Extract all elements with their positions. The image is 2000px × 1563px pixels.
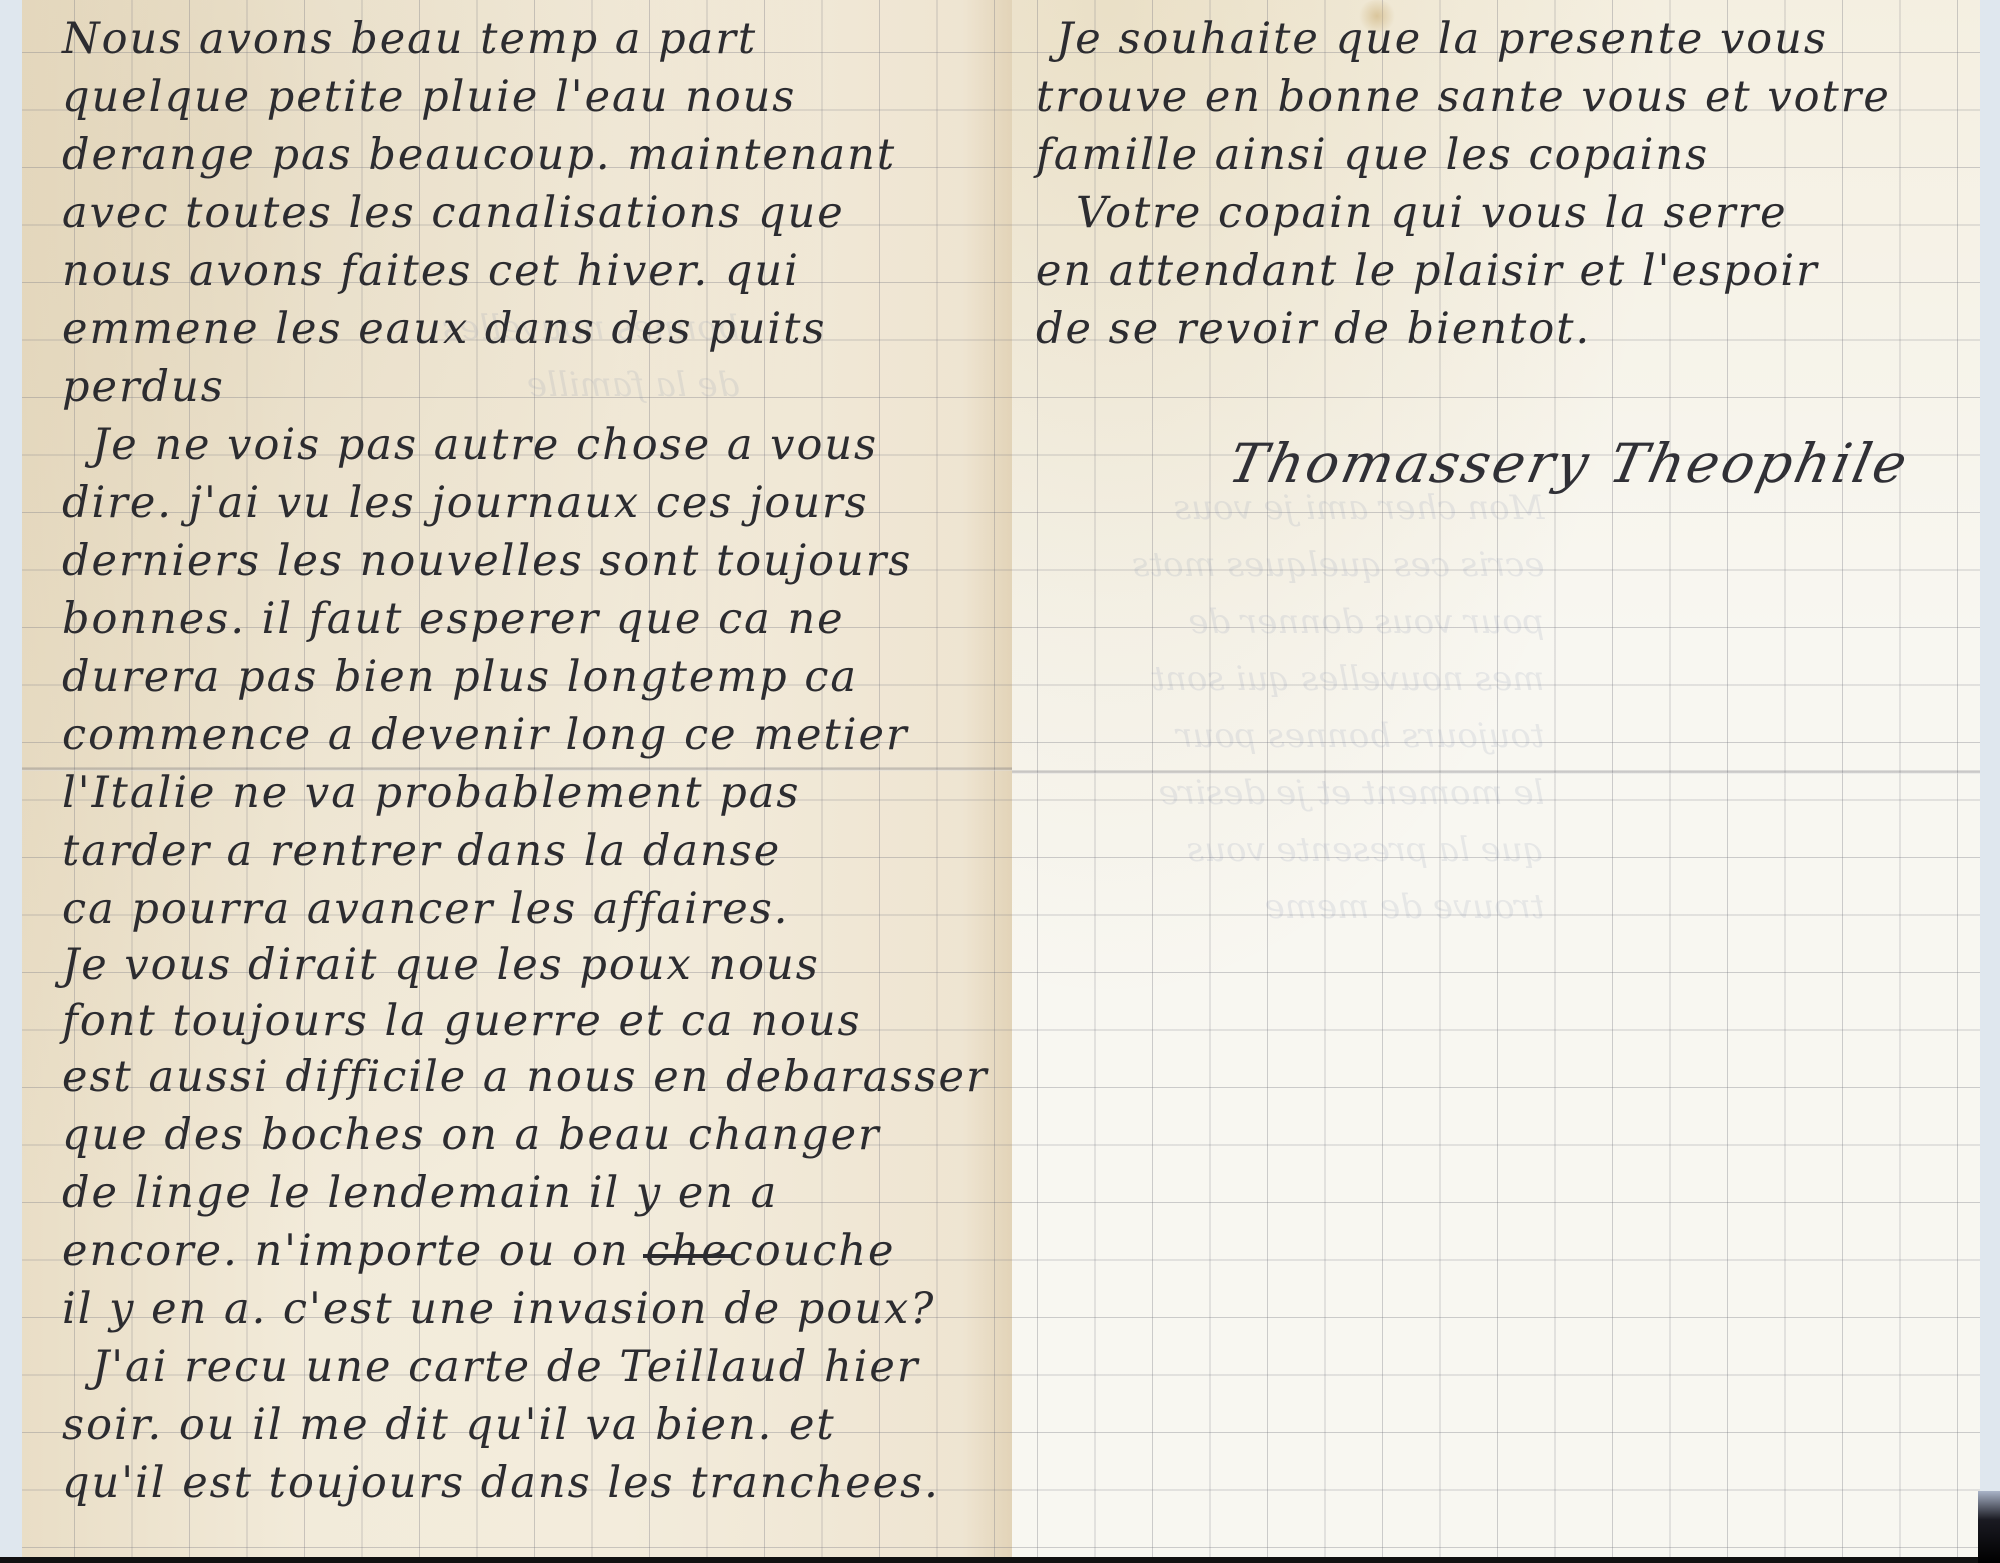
- letter-line: Je vous dirait que les poux nous: [62, 940, 820, 990]
- letter-line: Nous avons beau temp a part: [62, 14, 757, 64]
- horizontal-fold-crease: [1012, 770, 1980, 774]
- right-page: Mon cher ami je vous ecris ces quelques …: [1012, 0, 1980, 1563]
- letter-line-with-strike: encore. n'importe ou on checouche: [62, 1226, 896, 1276]
- letter-line: nous avons faites cet hiver. qui: [62, 246, 800, 296]
- scan-border: [0, 1557, 2000, 1563]
- letter-line: famille ainsi que les copains: [1036, 130, 1709, 180]
- letter-line: emmene les eaux dans des puits: [62, 304, 827, 354]
- letter-line: Votre copain qui vous la serre: [1076, 188, 1788, 238]
- letter-line: en attendant le plaisir et l'espoir: [1036, 246, 1819, 296]
- letter-line: bonnes. il faut esperer que ca ne: [62, 594, 845, 644]
- letter-line: J'ai recu une carte de Teillaud hier: [92, 1342, 919, 1392]
- letter-line: l'Italie ne va probablement pas: [62, 768, 800, 818]
- struck-through-word: che: [645, 1226, 728, 1276]
- line-text-continued: couche: [729, 1226, 896, 1276]
- letter-line: commence a devenir long ce metier: [62, 710, 909, 760]
- letter-line: derniers les nouvelles sont toujours: [62, 536, 912, 586]
- letter-line: quelque petite pluie l'eau nous: [62, 72, 796, 122]
- letter-line: trouve en bonne sante vous et votre: [1036, 72, 1891, 122]
- left-page: bonnes nouvelles de la famille Nous avon…: [22, 0, 1012, 1563]
- letter-line: il y en a. c'est une invasion de poux?: [62, 1284, 935, 1334]
- letter-line: qu'il est toujours dans les tranchees.: [62, 1458, 940, 1508]
- letter-line: avec toutes les canalisations que: [62, 188, 845, 238]
- letter-line: Je ne vois pas autre chose a vous: [92, 420, 878, 470]
- line-text: encore. n'importe ou on: [62, 1226, 630, 1276]
- letter-line: de se revoir de bientot.: [1036, 304, 1591, 354]
- letter-line: ca pourra avancer les affaires.: [62, 884, 789, 934]
- letter-line: font toujours la guerre et ca nous: [62, 996, 862, 1046]
- letter-line: durera pas bien plus longtemp ca: [62, 652, 858, 702]
- letter-line: tarder a rentrer dans la danse: [62, 826, 781, 876]
- signature: Thomassery Theophile: [1223, 432, 1915, 495]
- ink-bleed-through: Mon cher ami je vous ecris ces quelques …: [1132, 480, 1544, 936]
- scan-border-corner: [1978, 1491, 2000, 1563]
- letter-line: que des boches on a beau changer: [62, 1110, 881, 1160]
- letter-line: perdus: [62, 362, 225, 412]
- letter-line: derange pas beaucoup. maintenant: [62, 130, 896, 180]
- letter-line: Je souhaite que la presente vous: [1056, 14, 1828, 64]
- letter-line: de linge le lendemain il y en a: [62, 1168, 778, 1218]
- letter-line: dire. j'ai vu les journaux ces jours: [62, 478, 869, 528]
- letter-line: soir. ou il me dit qu'il va bien. et: [62, 1400, 836, 1450]
- letter-line: est aussi difficile a nous en debarasser: [62, 1052, 989, 1102]
